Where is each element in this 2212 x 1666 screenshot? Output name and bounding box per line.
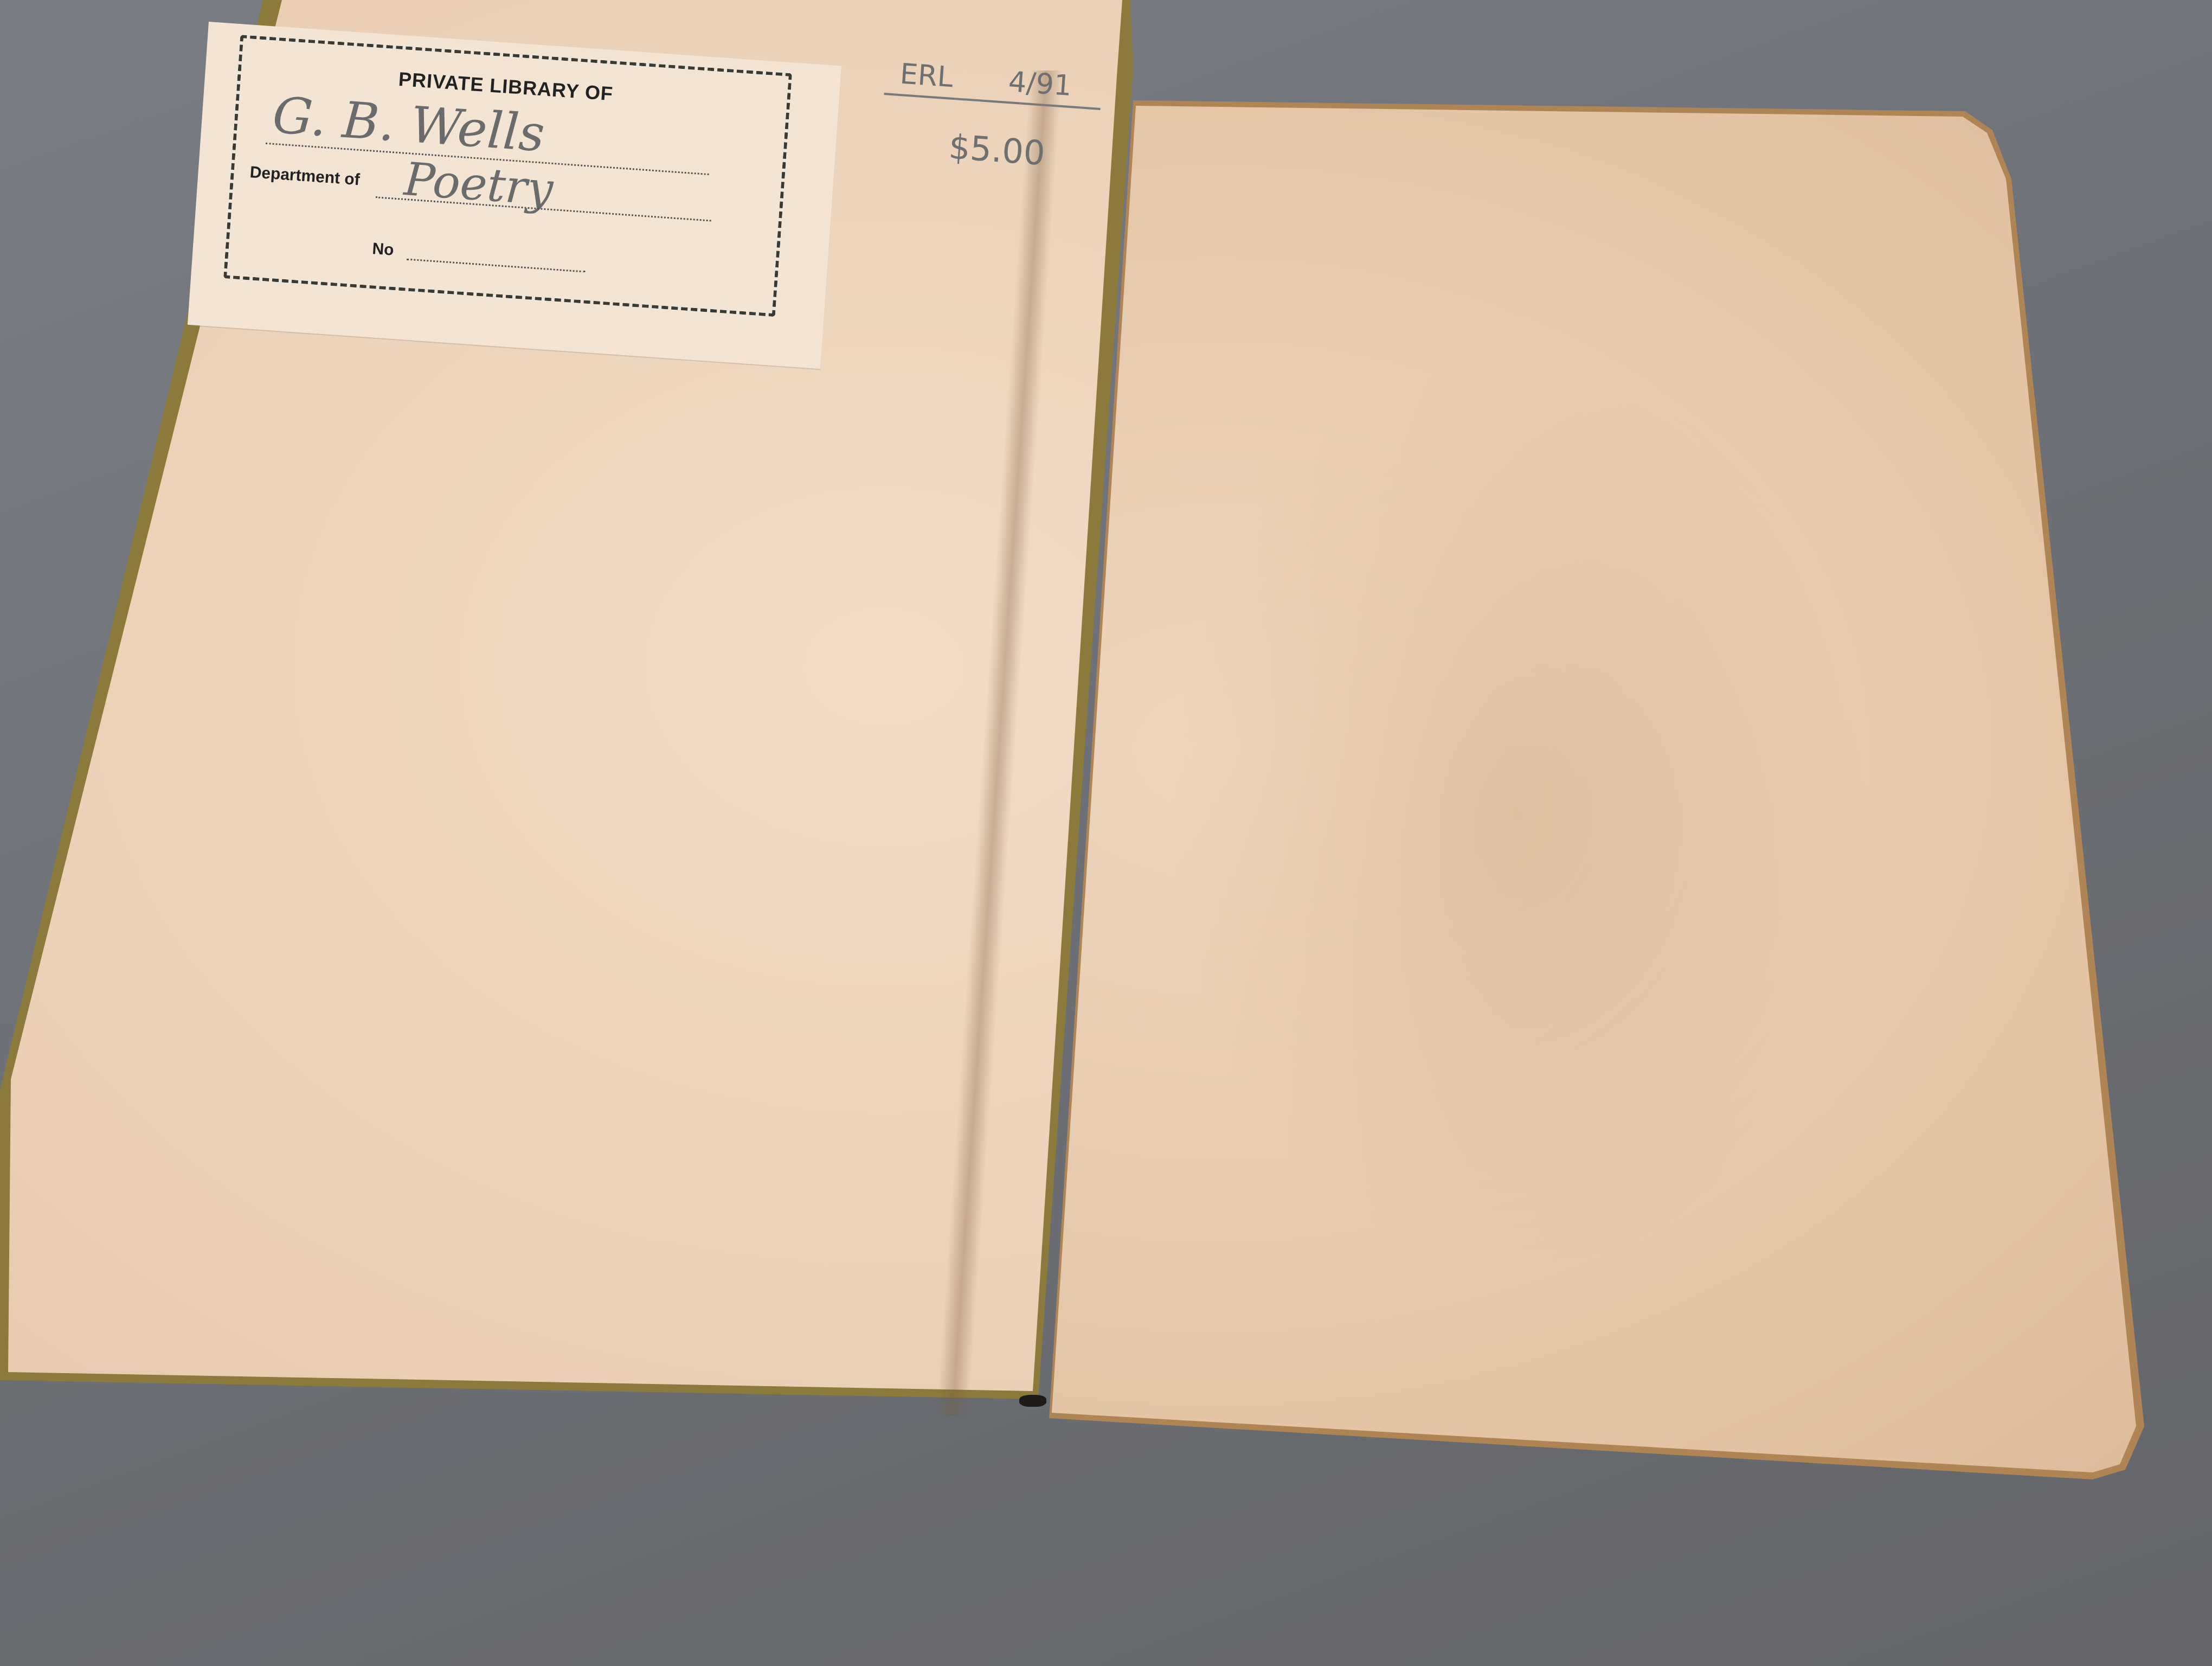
foxing-stain [1166,353,1870,1274]
number-label: No [371,240,394,260]
department-name: Poetry [402,152,555,216]
spine-tear [1019,1395,1046,1407]
book-photo: PRIVATE LIBRARY OF G. B. Wells Departmen… [0,0,2212,1666]
pencil-code: ERL [899,58,954,94]
pencil-price: $5.00 [948,127,1046,173]
pencil-date: 4/91 [1007,66,1073,102]
bookplate: PRIVATE LIBRARY OF G. B. Wells Departmen… [188,22,841,369]
